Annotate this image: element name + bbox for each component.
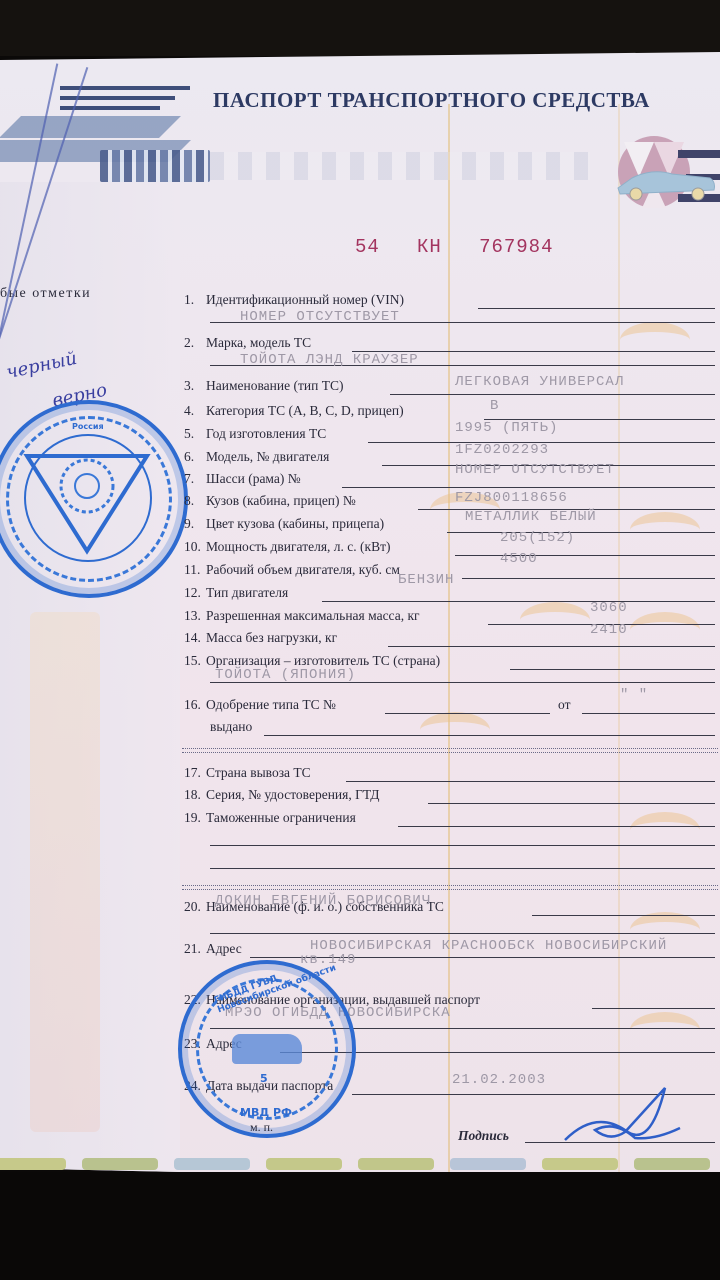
field-input-line[interactable] bbox=[592, 1008, 715, 1009]
form-field-label: 5. Год изготовления ТС bbox=[184, 426, 326, 442]
from-label: от bbox=[558, 697, 570, 713]
document-title: ПАСПОРТ ТРАНСПОРТНОГО СРЕДСТВА bbox=[213, 88, 650, 113]
guilloche-band bbox=[100, 150, 210, 182]
field-label-text: Рабочий объем двигателя, куб. см bbox=[206, 562, 400, 577]
field-input-line[interactable] bbox=[385, 713, 550, 714]
field-number: 3. bbox=[184, 378, 206, 394]
field-number: 9. bbox=[184, 516, 206, 532]
issuer-stamp: 5 МВД РФ ГИБДД ГУВД Новосибирской област… bbox=[178, 960, 356, 1138]
form-field-label: 18. Серия, № удостоверения, ГТД bbox=[184, 787, 380, 803]
field-label-text: Разрешенная максимальная масса, кг bbox=[206, 608, 420, 623]
field-input-line[interactable] bbox=[447, 532, 715, 533]
field-value: 2410 bbox=[590, 622, 628, 638]
field-input-line[interactable] bbox=[388, 646, 715, 647]
form-field-label: 7. Шасси (рама) № bbox=[184, 471, 301, 487]
field-number: 1. bbox=[184, 292, 206, 308]
field-label-text: Год изготовления ТС bbox=[206, 426, 326, 441]
field-label-text: Категория ТС (A, B, C, D, прицеп) bbox=[206, 403, 404, 418]
form-field-label: 10. Мощность двигателя, л. с. (кВт) bbox=[184, 539, 390, 555]
form-field-label: 6. Модель, № двигателя bbox=[184, 449, 329, 465]
field-input-line[interactable] bbox=[264, 735, 715, 736]
watermark bbox=[620, 322, 690, 358]
field-number: 15. bbox=[184, 653, 206, 669]
watermark bbox=[630, 812, 700, 848]
watermark bbox=[630, 612, 700, 648]
security-thread bbox=[448, 104, 450, 1234]
field-value: 4500 bbox=[500, 551, 538, 567]
field-label-text: Модель, № двигателя bbox=[206, 449, 329, 464]
field-number: 6. bbox=[184, 449, 206, 465]
field-input-line[interactable] bbox=[210, 933, 715, 934]
field-number: 7. bbox=[184, 471, 206, 487]
field-value: 1995 (ПЯТЬ) bbox=[455, 420, 558, 436]
section-divider bbox=[182, 885, 718, 890]
issued-label: выдано bbox=[210, 719, 252, 735]
field-value: ТОЙОТА (ЯПОНИЯ) bbox=[215, 667, 356, 683]
field-number: 21. bbox=[184, 941, 206, 957]
form-field-label: 13. Разрешенная максимальная масса, кг bbox=[184, 608, 420, 624]
field-value: FZJ800118656 bbox=[455, 490, 568, 506]
field-value: B bbox=[490, 398, 499, 414]
car-emblem-icon bbox=[612, 132, 720, 212]
passport-serial-number: 54 КН 767984 bbox=[355, 236, 553, 258]
watermark bbox=[420, 712, 490, 748]
field-number: 4. bbox=[184, 403, 206, 419]
field-value: 3060 bbox=[590, 600, 628, 616]
form-field-label: 21. Адрес bbox=[184, 941, 242, 957]
field-label-text: Организация – изготовитель ТС (страна) bbox=[206, 653, 440, 668]
field-input-line[interactable] bbox=[210, 845, 715, 846]
field-input-line[interactable] bbox=[398, 826, 715, 827]
field-label-text: Таможенные ограничения bbox=[206, 810, 356, 825]
field-input-line[interactable] bbox=[510, 669, 715, 670]
field-value: БЕНЗИН bbox=[398, 572, 454, 588]
field-label-text: Цвет кузова (кабины, прицепа) bbox=[206, 516, 384, 531]
field-number: 13. bbox=[184, 608, 206, 624]
field-value: 21.02.2003 bbox=[452, 1072, 546, 1088]
field-label-text: Мощность двигателя, л. с. (кВт) bbox=[206, 539, 390, 554]
watermark bbox=[520, 602, 590, 638]
field-label-text: Адрес bbox=[206, 941, 242, 956]
form-field-label: 14. Масса без нагрузки, кг bbox=[184, 630, 337, 646]
form-field-label: 17. Страна вывоза ТС bbox=[184, 765, 311, 781]
field-input-line[interactable] bbox=[428, 803, 715, 804]
field-input-line[interactable] bbox=[390, 394, 715, 395]
background-surface bbox=[0, 1172, 720, 1280]
field-input-line[interactable] bbox=[346, 781, 715, 782]
field-value: 1FZ0202293 bbox=[455, 442, 549, 458]
field-label-text: Марка, модель ТС bbox=[206, 335, 311, 350]
security-strip bbox=[30, 612, 100, 1132]
field-value: 205(152) bbox=[500, 530, 575, 546]
field-value: МЕТАЛЛИК БЕЛЫЙ bbox=[465, 509, 597, 525]
field-label-text: Кузов (кабина, прицеп) № bbox=[206, 493, 356, 508]
background-surface bbox=[0, 0, 720, 56]
field-number: 18. bbox=[184, 787, 206, 803]
field-label-text: Наименование (тип ТС) bbox=[206, 378, 343, 393]
field-value: НОМЕР ОТСУТСТВУЕТ bbox=[455, 462, 615, 478]
form-field-label: 4. Категория ТС (A, B, C, D, прицеп) bbox=[184, 403, 404, 419]
field-input-line[interactable] bbox=[462, 578, 715, 579]
field-number: 8. bbox=[184, 493, 206, 509]
field-value: НОМЕР ОТСУТСТВУЕТ bbox=[240, 309, 400, 325]
section-divider bbox=[182, 748, 718, 753]
form-field-label: 9. Цвет кузова (кабины, прицепа) bbox=[184, 516, 384, 532]
field-label-text: Тип двигателя bbox=[206, 585, 288, 600]
field-value: ТОЙОТА ЛЭНД КРАУЗЕР bbox=[240, 352, 419, 368]
field-input-line[interactable] bbox=[342, 487, 715, 488]
guilloche-bottom-band bbox=[0, 1158, 720, 1172]
field-input-line[interactable] bbox=[478, 308, 715, 309]
field-number: 10. bbox=[184, 539, 206, 555]
form-field-label: 1. Идентификационный номер (VIN) bbox=[184, 292, 404, 308]
field-number: 12. bbox=[184, 585, 206, 601]
field-number: 20. bbox=[184, 899, 206, 915]
field-label-text: Серия, № удостоверения, ГТД bbox=[206, 787, 380, 802]
watermark bbox=[630, 512, 700, 548]
field-value: НОВОСИБИРСКАЯ КРАСНООБСК НОВОСИБИРСКИЙ bbox=[310, 938, 667, 954]
field-input-line[interactable] bbox=[532, 915, 715, 916]
signature-icon bbox=[555, 1080, 695, 1150]
field-label-text: Идентификационный номер (VIN) bbox=[206, 292, 404, 307]
field-value: " " bbox=[620, 687, 648, 703]
form-field-label: 3. Наименование (тип ТС) bbox=[184, 378, 343, 394]
field-label-text: Шасси (рама) № bbox=[206, 471, 301, 486]
form-field-label: 12. Тип двигателя bbox=[184, 585, 288, 601]
field-value: ЛЕГКОВАЯ УНИВЕРСАЛ bbox=[455, 374, 624, 390]
field-input-line[interactable] bbox=[210, 868, 715, 869]
field-number: 5. bbox=[184, 426, 206, 442]
signature-label: Подпись bbox=[458, 1128, 509, 1144]
stamp-place-label: м. п. bbox=[250, 1120, 273, 1135]
field-label-text: Масса без нагрузки, кг bbox=[206, 630, 337, 645]
watermark bbox=[630, 1012, 700, 1048]
form-field-label: 8. Кузов (кабина, прицеп) № bbox=[184, 493, 356, 509]
field-number: 17. bbox=[184, 765, 206, 781]
form-field-label: 2. Марка, модель ТС bbox=[184, 335, 311, 351]
field-label-text: Одобрение типа ТС № bbox=[206, 697, 336, 712]
field-number: 14. bbox=[184, 630, 206, 646]
field-number: 11. bbox=[184, 562, 206, 578]
field-label-text: Страна вывоза ТС bbox=[206, 765, 311, 780]
field-input-line[interactable] bbox=[322, 601, 715, 602]
field-input-line[interactable] bbox=[455, 555, 715, 556]
form-field-label: 19. Таможенные ограничения bbox=[184, 810, 356, 826]
field-input-line[interactable] bbox=[582, 713, 715, 714]
form-field-label: 16. Одобрение типа ТС № bbox=[184, 697, 336, 713]
field-number: 19. bbox=[184, 810, 206, 826]
guilloche-band-faint bbox=[210, 152, 590, 180]
field-number: 2. bbox=[184, 335, 206, 351]
field-value: ДОКИН ЕВГЕНИЙ БОРИСОВИЧ bbox=[215, 893, 431, 909]
field-number: 16. bbox=[184, 697, 206, 713]
form-field-label: 11. Рабочий объем двигателя, куб. см bbox=[184, 562, 400, 578]
